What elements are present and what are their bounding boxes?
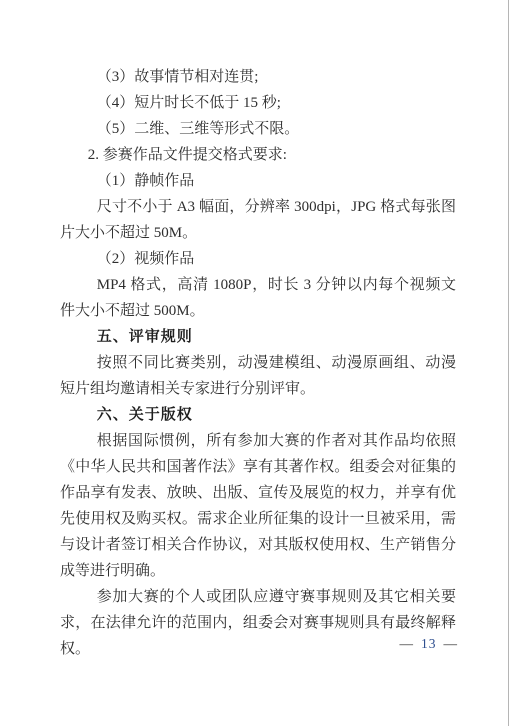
document-page: （3）故事情节相对连贯; （4）短片时长不低于 15 秒; （5）二维、三维等形… — [0, 0, 516, 726]
page-number: —13— — [400, 636, 459, 652]
page-edge-line — [508, 0, 509, 726]
sub-item-2-video-works: （2）视频作品 — [60, 246, 456, 272]
list-item-3: （3）故事情节相对连贯; — [60, 64, 456, 90]
paragraph-video-specs: MP4 格式，高清 1080P，时长 3 分钟以内每个视频文件大小不超过 500… — [60, 272, 456, 324]
document-body: （3）故事情节相对连贯; （4）短片时长不低于 15 秒; （5）二维、三维等形… — [60, 64, 456, 662]
page-number-value: 13 — [414, 636, 444, 651]
section-heading-review-rules: 五、评审规则 — [60, 324, 456, 350]
list-item-4: （4）短片时长不低于 15 秒; — [60, 90, 456, 116]
page-number-dash-right: — — [444, 636, 459, 651]
paragraph-review-rules: 按照不同比赛类别，动漫建模组、动漫原画组、动漫短片组均邀请相关专家进行分别评审。 — [60, 350, 456, 402]
sub-item-1-still-works: （1）静帧作品 — [60, 168, 456, 194]
section-heading-copyright: 六、关于版权 — [60, 402, 456, 428]
paragraph-copyright: 根据国际惯例，所有参加大赛的作者对其作品均依照《中华人民共和国著作法》享有其著作… — [60, 428, 456, 584]
page-number-dash-left: — — [400, 636, 415, 651]
numbered-item-2: 2. 参赛作品文件提交格式要求: — [60, 142, 456, 168]
list-item-5: （5）二维、三维等形式不限。 — [60, 116, 456, 142]
paragraph-final-interpretation: 参加大赛的个人或团队应遵守赛事规则及其它相关要求，在法律允许的范围内，组委会对赛… — [60, 584, 456, 662]
paragraph-still-specs: 尺寸不小于 A3 幅面，分辨率 300dpi，JPG 格式每张图片大小不超过 5… — [60, 194, 456, 246]
